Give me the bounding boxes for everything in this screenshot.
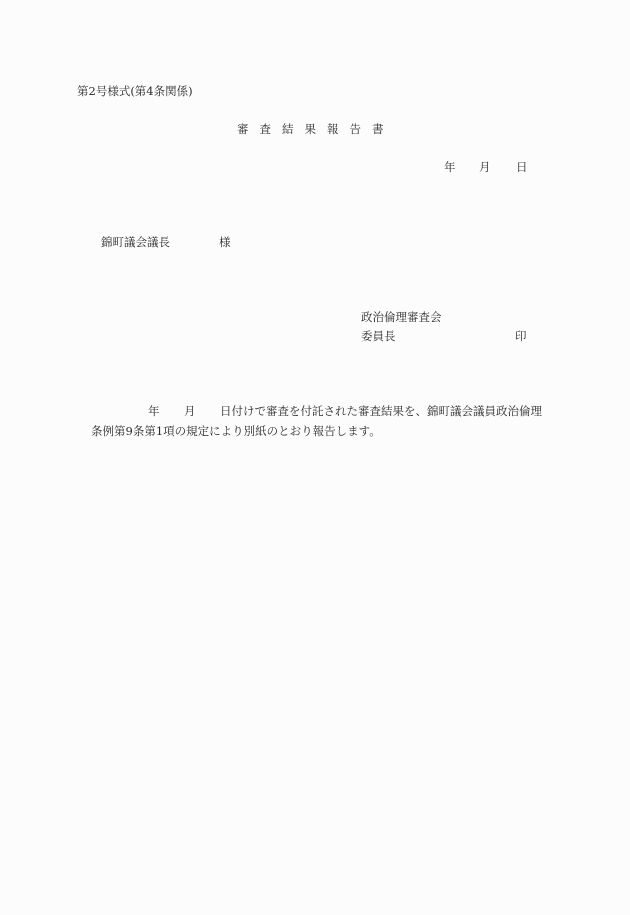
body-month-label: 月 — [184, 406, 196, 418]
document-title: 審査結果報告書 — [237, 124, 395, 136]
date-day-label: 日 — [516, 162, 528, 174]
title-char: 報 — [327, 124, 350, 136]
date-month-label: 月 — [479, 162, 491, 174]
body-text-line1: 日付けで審査を付託された審査結果を、錦町議会議員政治倫理 — [220, 406, 542, 418]
addressee-name: 錦町議会議長 — [101, 237, 170, 249]
title-char: 果 — [305, 124, 328, 136]
addressee-honorific: 様 — [219, 237, 231, 249]
body-text-line2: 条例第9条第1項の規定により別紙のとおり報告します。 — [91, 426, 381, 438]
form-number: 第2号様式(第4条関係) — [77, 86, 193, 98]
title-char: 書 — [372, 124, 395, 136]
date-year-label: 年 — [444, 162, 456, 174]
sender-organization: 政治倫理審査会 — [361, 312, 442, 324]
title-char: 審 — [237, 124, 260, 136]
title-char: 告 — [350, 124, 373, 136]
title-char: 査 — [260, 124, 283, 136]
seal-mark: 印 — [515, 331, 527, 343]
body-year-label: 年 — [148, 406, 160, 418]
sender-position: 委員長 — [361, 331, 396, 343]
title-char: 結 — [282, 124, 305, 136]
